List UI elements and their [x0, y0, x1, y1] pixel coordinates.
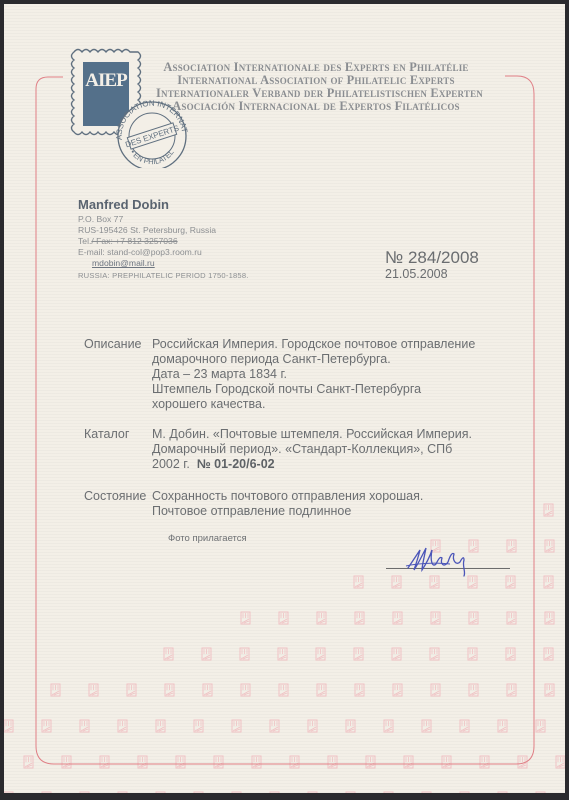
catalog-line: 2002 г. № 01-20/6-02 — [152, 457, 472, 472]
phone-struck: / Fax: +7 812 3257036 — [91, 236, 177, 246]
association-name-es: Asociación Internacional de Expertos Fil… — [156, 100, 476, 113]
signature-icon — [404, 542, 476, 578]
description-line: хорошего качества. — [152, 397, 475, 412]
catalog-value: М. Добин. «Почтовые штемпеля. Российская… — [152, 427, 472, 472]
catalog-label: Каталог — [84, 427, 129, 442]
description-line: Российская Империя. Городское почтовое о… — [152, 337, 475, 352]
certificate-date: 21.05.2008 — [385, 267, 479, 282]
catalog-line: М. Добин. «Почтовые штемпеля. Российская… — [152, 427, 472, 442]
sender-phone: Tel./ Fax: +7 812 3257036 — [78, 236, 249, 247]
condition-label: Состояние — [84, 489, 146, 504]
sender-block: Manfred Dobin P.O. Box 77 RUS-195426 St.… — [78, 197, 249, 281]
photo-note: Фото прилагается — [168, 533, 247, 544]
association-names: Association Internationale des Experts e… — [156, 61, 476, 113]
svg-text:AIEP: AIEP — [85, 70, 128, 91]
condition-line: Сохранность почтового отправления хороша… — [152, 489, 423, 504]
sender-specialty: RUSSIA: PREPHILATELIC PERIOD 1750-1858. — [78, 270, 249, 281]
certificate-number-block: № 284/2008 21.05.2008 — [385, 248, 479, 282]
sender-email-primary: E-mail: stand-col@pop3.room.ru — [78, 247, 249, 258]
description-line: домарочного периода Санкт-Петербурга. — [152, 352, 475, 367]
description-line: Штемпель Городской почты Санкт-Петербург… — [152, 382, 475, 397]
description-label: Описание — [84, 337, 142, 352]
certificate-number: № 284/2008 — [385, 248, 479, 267]
description-line: Дата – 23 марта 1834 г. — [152, 367, 475, 382]
catalog-number: № 01-20/6-02 — [197, 457, 275, 471]
condition-line: Почтовое отправление подлинное — [152, 504, 423, 519]
description-value: Российская Империя. Городское почтовое о… — [152, 337, 475, 412]
sender-address: RUS-195426 St. Petersburg, Russia — [78, 225, 249, 236]
sender-name: Manfred Dobin — [78, 197, 249, 212]
phone-label: Tel. — [78, 236, 91, 246]
condition-value: Сохранность почтового отправления хороша… — [152, 489, 423, 519]
sender-po-box: P.O. Box 77 — [78, 214, 249, 225]
certificate-sheet: AIEP ASSOCIATION INTERNATIONALE • EN PHI… — [4, 4, 565, 793]
catalog-year: 2002 г. — [152, 457, 190, 471]
sender-email-link[interactable]: mdobin@mail.ru — [78, 258, 249, 269]
catalog-line: Домарочный период». «Стандарт-Коллекция»… — [152, 442, 472, 457]
